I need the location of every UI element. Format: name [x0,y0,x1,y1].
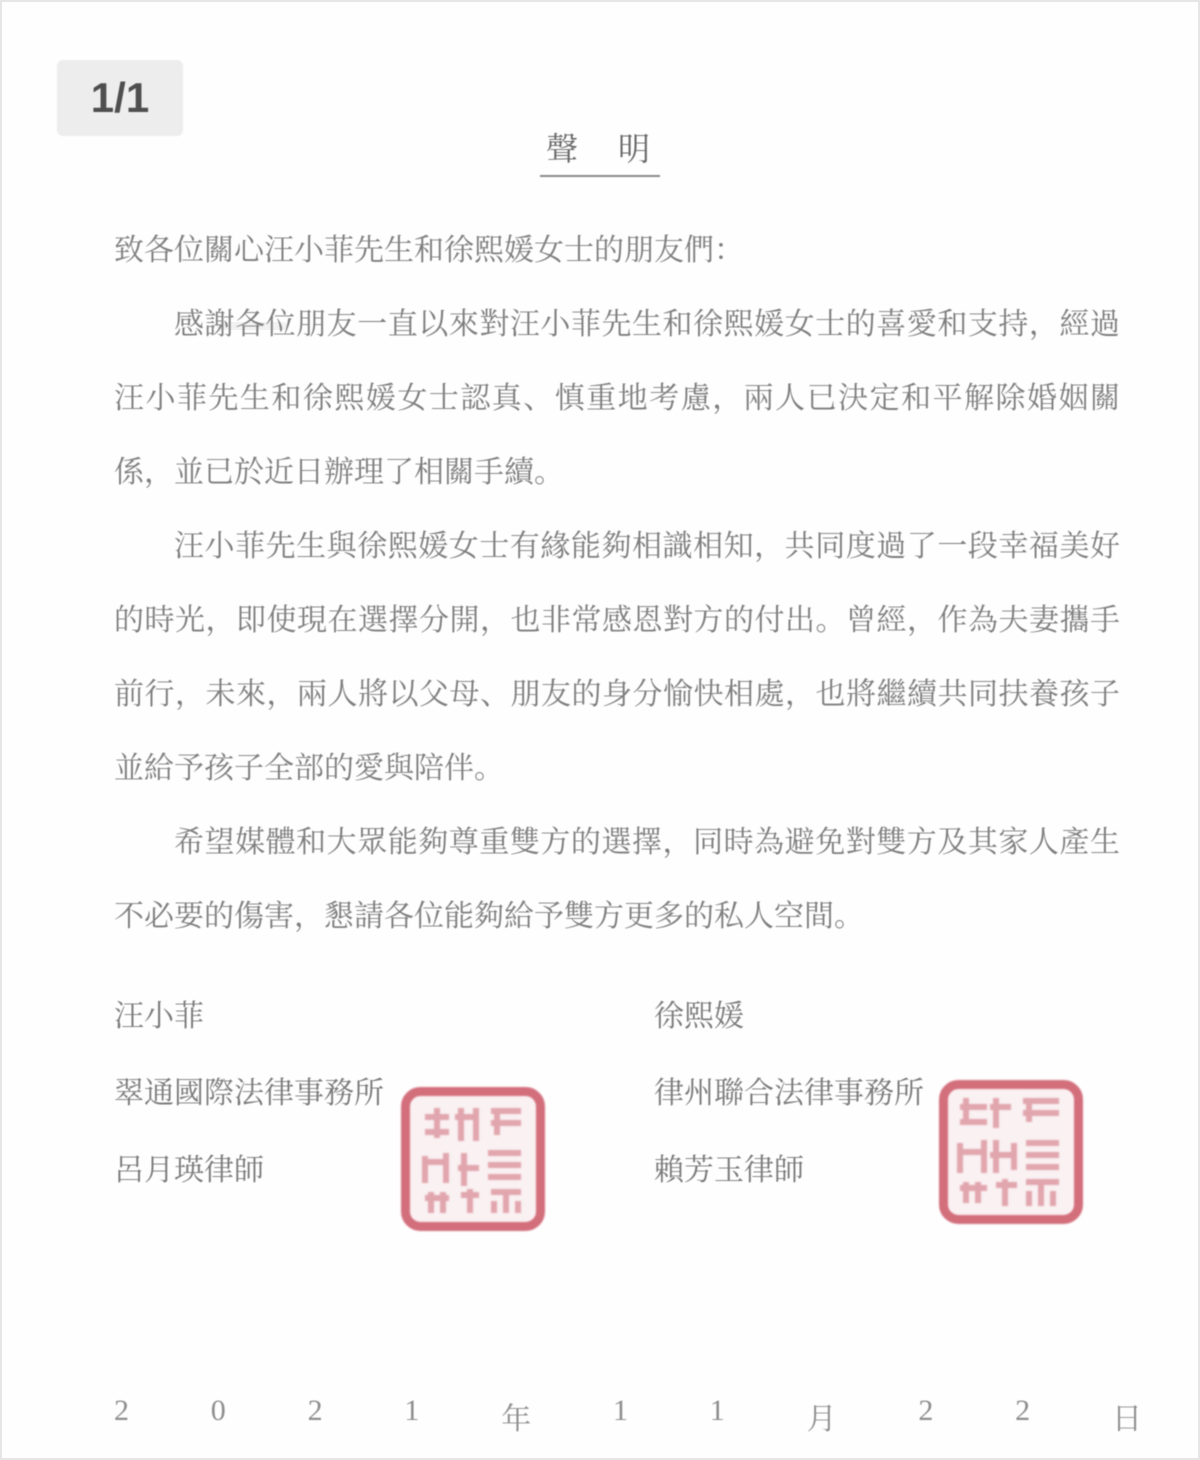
law-firm-seal-icon [398,1080,548,1238]
date-line: 2 0 2 1 年 1 1 月 2 2 日 [114,1394,1142,1438]
document-title-text: 聲 明 [540,131,660,177]
salutation-line: 致各位關心汪小菲先生和徐熙媛女士的朋友們： [114,214,1120,288]
lawyer-name: 賴芳玉律師 [654,1154,924,1231]
signer-name: 徐熙媛 [654,1000,924,1077]
paragraph-1: 感謝各位朋友一直以來對汪小菲先生和徐熙媛女士的喜愛和支持，經過汪小菲先生和徐熙媛… [114,288,1120,510]
signature-block-xu: 徐熙媛 律州聯合法律事務所 賴芳玉律師 [654,1000,924,1231]
document-title: 聲 明 [2,124,1198,170]
date-char: 2 [308,1394,323,1438]
law-firm-name: 律州聯合法律事務所 [654,1077,924,1154]
document-body: 致各位關心汪小菲先生和徐熙媛女士的朋友們： 感謝各位朋友一直以來對汪小菲先生和徐… [114,214,1120,954]
date-char: 2 [1015,1394,1030,1438]
date-char: 年 [501,1394,531,1438]
date-char: 日 [1112,1394,1142,1438]
date-char: 1 [613,1394,628,1438]
signer-name: 汪小菲 [114,1000,384,1077]
signature-block-wang: 汪小菲 翠通國際法律事務所 呂月瑛律師 [114,1000,384,1231]
document-scan: 聲 明 致各位關心汪小菲先生和徐熙媛女士的朋友們： 感謝各位朋友一直以來對汪小菲… [2,2,1198,1458]
law-firm-name: 翠通國際法律事務所 [114,1077,384,1154]
paragraph-2: 汪小菲先生與徐熙媛女士有緣能夠相識相知，共同度過了一段幸福美好的時光，即使現在選… [114,510,1120,806]
paragraph-3: 希望媒體和大眾能夠尊重雙方的選擇，同時為避免對雙方及其家人產生不必要的傷害，懇請… [114,806,1120,954]
date-char: 0 [211,1394,226,1438]
scanned-statement-page: 1/1 聲 明 致各位關心汪小菲先生和徐熙媛女士的朋友們： 感謝各位朋友一直以來… [0,0,1200,1460]
lawyer-name: 呂月瑛律師 [114,1154,384,1231]
date-char: 1 [710,1394,725,1438]
law-firm-seal-icon [936,1076,1086,1228]
date-char: 月 [807,1394,837,1438]
date-char: 1 [404,1394,419,1438]
date-char: 2 [114,1394,129,1438]
date-char: 2 [918,1394,933,1438]
